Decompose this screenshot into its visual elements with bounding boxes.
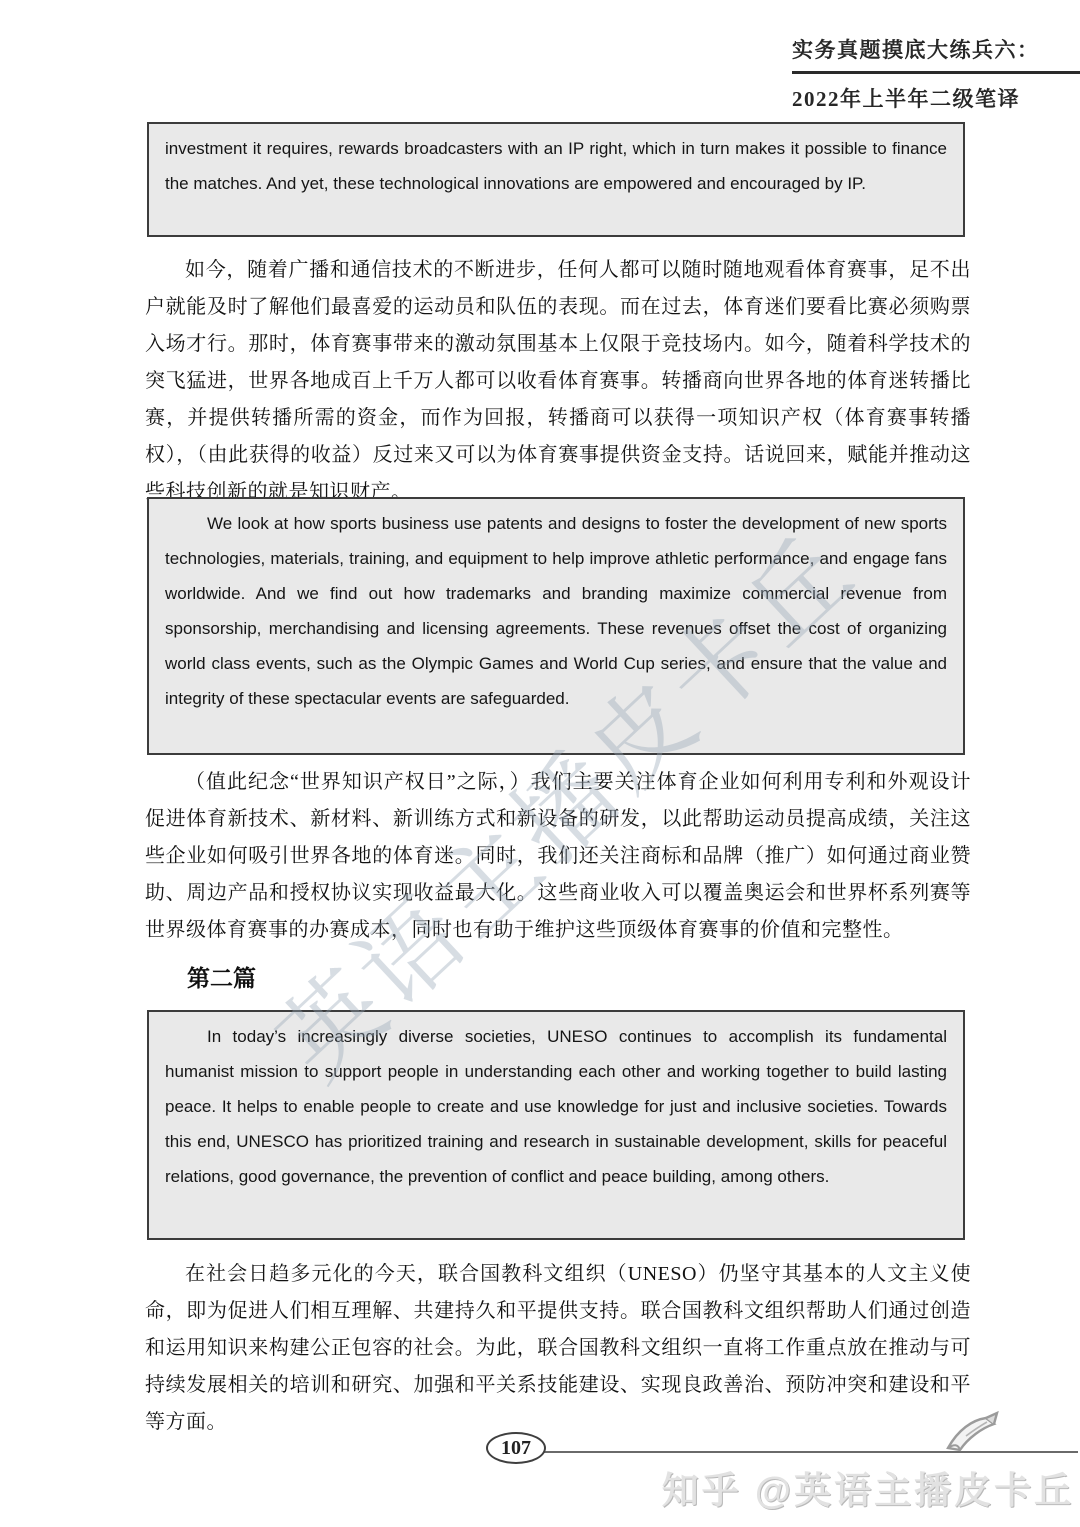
chinese-translation-paragraph-2: （值此纪念“世界知识产权日”之际，）我们主要关注体育企业如何利用专利和外观设计促… — [145, 764, 971, 949]
chinese-translation-paragraph-1-text: 如今，随着广播和通信技术的不断进步，任何人都可以随时随地观看体育赛事，足不出户就… — [145, 252, 971, 511]
english-source-box-3: In today’s increasingly diverse societie… — [147, 1010, 965, 1240]
page-number-badge: 107 — [486, 1432, 546, 1464]
english-source-box-1: investment it requires, rewards broadcas… — [147, 122, 965, 237]
chinese-translation-paragraph-3: 在社会日趋多元化的今天，联合国教科文组织（UNESO）仍坚守其基本的人文主义使命… — [145, 1256, 971, 1441]
page-header: 实务真题摸底大练兵六： 2022年上半年二级笔译 — [792, 34, 1080, 113]
english-source-box-3-text: In today’s increasingly diverse societie… — [165, 1019, 947, 1194]
english-source-box-2: We look at how sports business use paten… — [147, 497, 965, 755]
chinese-translation-paragraph-2-text: （值此纪念“世界知识产权日”之际，）我们主要关注体育企业如何利用专利和外观设计促… — [145, 764, 971, 949]
english-source-box-2-text: We look at how sports business use paten… — [165, 506, 947, 716]
pen-doodle-icon — [942, 1410, 1004, 1456]
english-source-box-1-text: investment it requires, rewards broadcas… — [165, 131, 947, 201]
chinese-translation-paragraph-1: 如今，随着广播和通信技术的不断进步，任何人都可以随时随地观看体育赛事，足不出户就… — [145, 252, 971, 511]
chinese-translation-paragraph-3-text: 在社会日趋多元化的今天，联合国教科文组织（UNESO）仍坚守其基本的人文主义使命… — [145, 1256, 971, 1441]
footer-watermark: 知乎 @英语主播皮卡丘 — [662, 1460, 1074, 1514]
header-title-line2: 2022年上半年二级笔译 — [792, 74, 1080, 113]
header-title-line1: 实务真题摸底大练兵六： — [792, 34, 1080, 71]
section-heading-part-two: 第二篇 — [187, 960, 256, 993]
